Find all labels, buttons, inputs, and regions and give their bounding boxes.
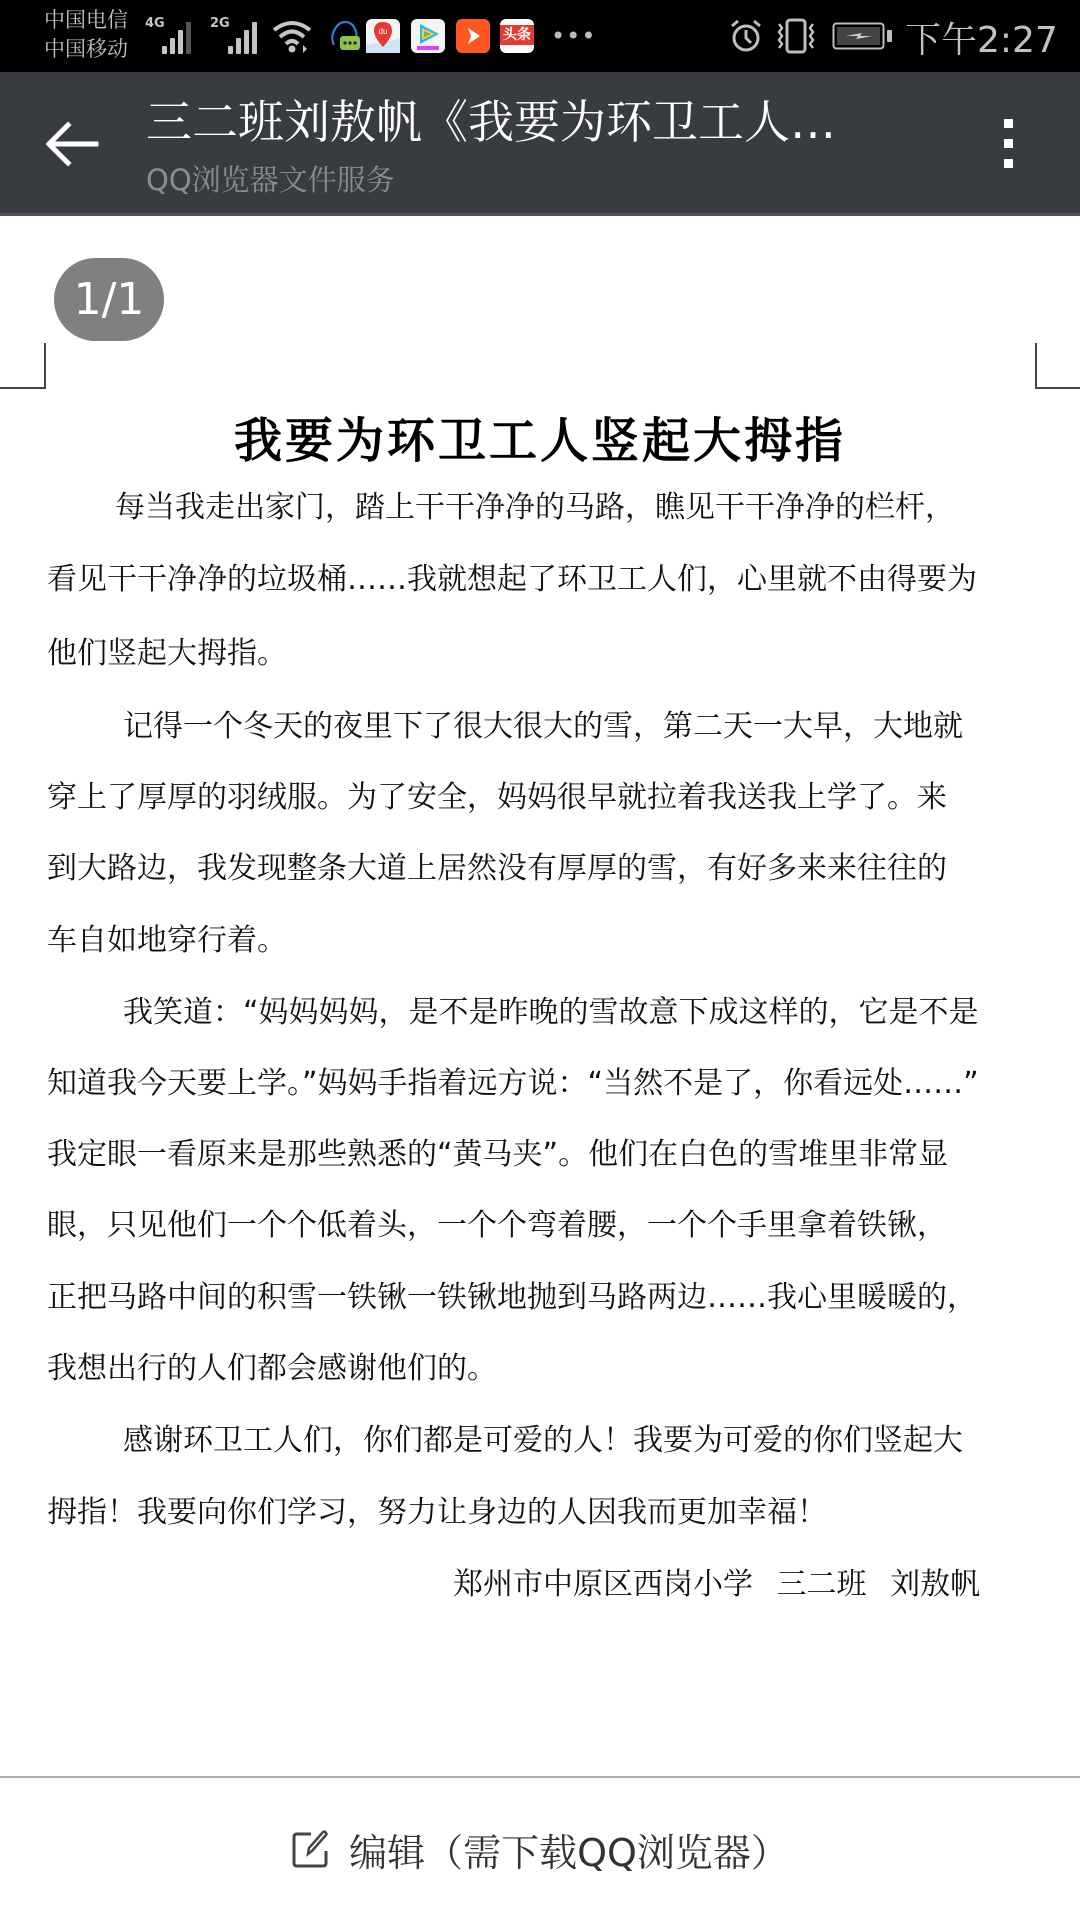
baidu-map-icon: du <box>366 19 400 53</box>
edit-button-label: 编辑（需下载QQ浏览器） <box>349 1822 789 1877</box>
paragraph-line: 到大路边，我发现整条大道上居然没有厚厚的雪，有好多来来往往的 <box>47 847 947 891</box>
toutiao-icon: 头条 <box>500 19 534 53</box>
page-corner-mark-left <box>0 343 46 389</box>
paragraph-line: 拇指！我要向你们学习，努力让身边的人因我而更加幸福！ <box>47 1491 827 1535</box>
more-options-button[interactable] <box>990 110 1026 176</box>
clock: 下午2:27 <box>905 12 1058 63</box>
status-bar: 中国电信 中国移动 4G 2G du <box>0 0 1080 72</box>
paragraph-line: 我定眼一看原来是那些熟悉的“黄马夹”。他们在白色的雪堆里非常显 <box>47 1133 948 1177</box>
paragraph-line: 我笑道：“妈妈妈妈，是不是昨晚的雪故意下成这样的，它是不是 <box>123 991 979 1035</box>
paragraph-line: 每当我走出家门，踏上干干净净的马路，瞧见干干净净的栏杆， <box>115 486 955 530</box>
paragraph-line: 车自如地穿行着。 <box>47 919 287 963</box>
paragraph-line: 他们竖起大拇指。 <box>47 632 287 676</box>
paragraph-line: 看见干干净净的垃圾桶……我就想起了环卫工人们，心里就不由得要为 <box>47 558 977 602</box>
svg-text:du: du <box>379 27 388 36</box>
more-vertical-icon <box>1004 119 1013 128</box>
vibrate-icon <box>773 18 819 54</box>
qq-message-icon <box>328 19 362 53</box>
toutiao-label: 头条 <box>500 25 534 45</box>
alarm-icon <box>729 18 763 54</box>
wifi-icon <box>272 18 312 54</box>
tencent-video-icon <box>411 19 445 53</box>
more-notifications-icon: ••• <box>551 22 596 50</box>
page-indicator: 1/1 <box>54 258 164 341</box>
paragraph-line: 记得一个冬天的夜里下了很大很大的雪，第二天一大早，大地就 <box>123 705 963 749</box>
essay-title: 我要为环卫工人竖起大拇指 <box>0 406 1080 476</box>
paragraph-line: 感谢环卫工人们，你们都是可爱的人！我要为可爱的你们竖起大 <box>123 1419 963 1463</box>
back-button[interactable] <box>40 112 104 176</box>
signal-icon-1 <box>160 20 196 54</box>
edit-icon <box>291 1829 331 1869</box>
signal-icon-2 <box>226 20 262 54</box>
paragraph-line: 知道我今天要上学。”妈妈手指着远方说：“当然不是了，你看远处……” <box>47 1062 979 1106</box>
paragraph-line: 穿上了厚厚的羽绒服。为了安全，妈妈很早就拉着我送我上学了。来 <box>47 776 947 820</box>
app-header: 三二班刘敖帆《我要为环卫工人… QQ浏览器文件服务 <box>0 72 1080 216</box>
carrier-1: 中国电信 <box>44 6 128 35</box>
paragraph-line: 正把马路中间的积雪一铁锹一铁锹地抛到马路两边……我心里暖暖的， <box>47 1276 977 1320</box>
video-app-icon <box>456 19 490 53</box>
header-subtitle: QQ浏览器文件服务 <box>146 160 395 200</box>
carrier-2: 中国移动 <box>44 35 128 64</box>
battery-charging-icon <box>832 22 894 50</box>
signature: 郑州市中原区西岗小学 三二班 刘敖帆 <box>453 1563 980 1607</box>
carrier-labels: 中国电信 中国移动 <box>44 6 128 64</box>
paragraph-line: 眼，只见他们一个个低着头，一个个弯着腰，一个个手里拿着铁锹， <box>47 1204 947 1248</box>
document-title: 三二班刘敖帆《我要为环卫工人… <box>146 94 946 150</box>
paragraph-line: 我想出行的人们都会感谢他们的。 <box>47 1347 497 1391</box>
arrow-left-icon <box>40 112 104 176</box>
page-corner-mark-right <box>1035 343 1080 389</box>
edit-button[interactable]: 编辑（需下载QQ浏览器） <box>0 1778 1080 1920</box>
